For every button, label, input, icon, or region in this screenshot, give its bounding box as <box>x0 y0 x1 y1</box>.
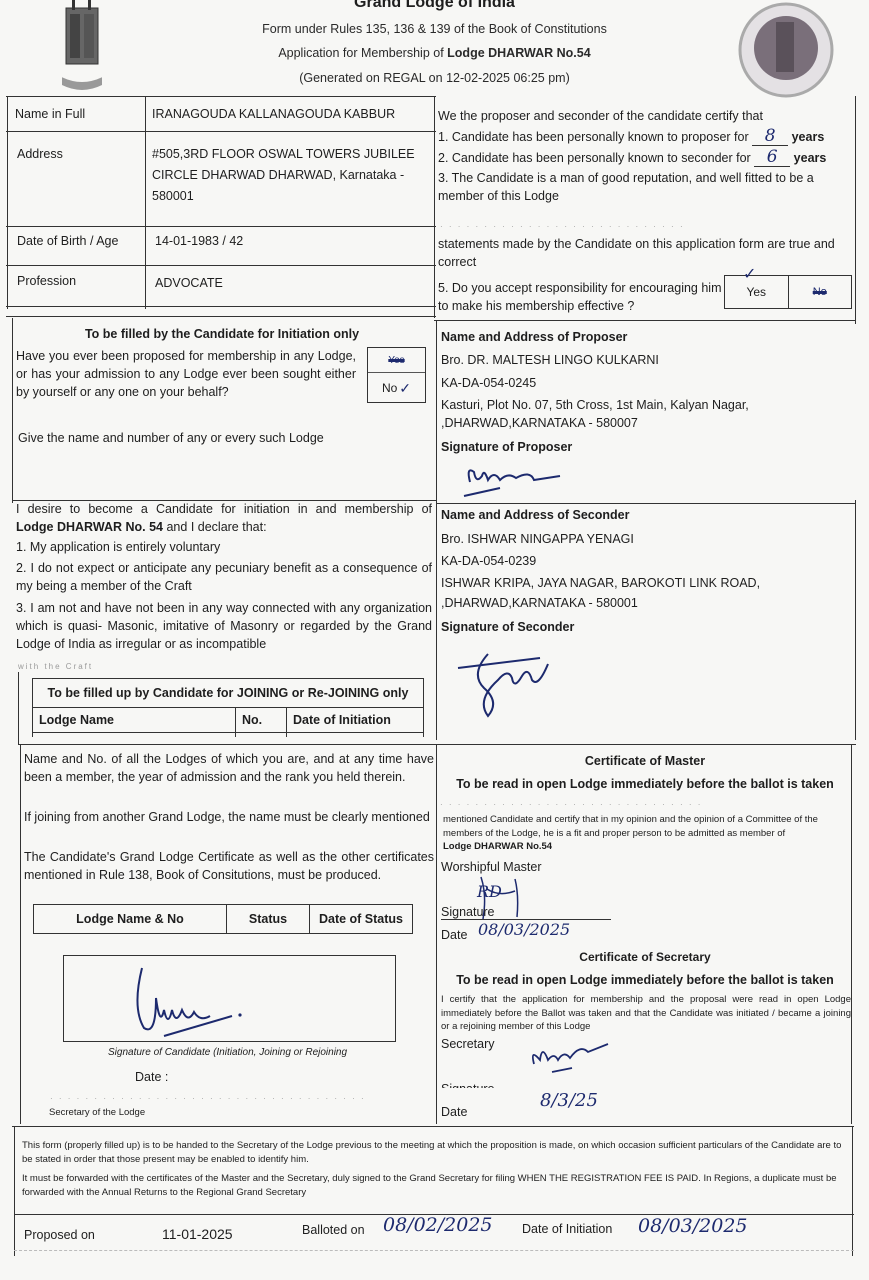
candidate-signature-box[interactable] <box>63 955 396 1042</box>
lodge-prompt: Give the name and number of any or every… <box>18 428 324 449</box>
dob-label: Date of Birth / Age <box>17 231 118 252</box>
column-status: Status <box>227 905 310 934</box>
declaration-3-tail: with the Craft <box>18 662 118 671</box>
balloted-on-label: Balloted on <box>302 1223 365 1237</box>
seconder-address: ISHWAR KRIPA, JAYA NAGAR, BAROKOTI LINK … <box>441 573 761 613</box>
master-body-lodge: Lodge DHARWAR No.54 <box>443 840 847 854</box>
cut-off-text: · · · · · · · · · · · · · · · · · · · · … <box>440 222 850 231</box>
certification-item-1: 1. Candidate has been personally known t… <box>438 127 856 148</box>
proposed-on-value[interactable]: 11-01-2025 <box>162 1226 233 1242</box>
master-certificate-body: mentioned Candidate and certify that in … <box>443 813 847 854</box>
declaration-suffix: and I declare that: <box>166 520 266 534</box>
declaration-line: Lodge DHARWAR No. 54 and I declare that: <box>16 517 432 537</box>
date-of-initiation-label: Date of Initiation <box>522 1222 612 1236</box>
proposer-id: KA-DA-054-0245 <box>441 373 851 394</box>
master-certificate-title: Certificate of Master <box>440 754 850 768</box>
no-option-struck[interactable]: No <box>789 276 852 308</box>
proposer-name: Bro. DR. MALTESH LINGO KULKARNI <box>441 350 851 371</box>
application-lodge: Lodge DHARWAR No.54 <box>447 46 591 60</box>
item2-text: 2. Candidate has been personally known t… <box>438 151 751 165</box>
checkmark-icon: ✓ <box>399 380 411 397</box>
proposer-signature <box>460 462 580 505</box>
lodges-note: Name and No. of all the Lodges of which … <box>24 750 434 786</box>
declaration-3: 3. I am not and have not been in any way… <box>16 599 432 653</box>
seconder-years-value[interactable]: 6 <box>754 149 790 167</box>
initiation-heading: To be filled by the Candidate for Initia… <box>12 324 432 345</box>
column-date-of-status: Date of Status <box>310 905 413 934</box>
certification-block: We the proposer and seconder of the cand… <box>438 106 856 205</box>
cut-off-text: · · · · · · · · · · · · · · · · · · · · … <box>50 1094 410 1103</box>
candidate-signature-caption: Signature of Candidate (Initiation, Join… <box>108 1047 347 1058</box>
master-date-value[interactable]: 08/03/2025 <box>478 920 570 939</box>
master-date-label: Date <box>441 925 467 946</box>
seconder-heading: Name and Address of Seconder <box>441 505 851 519</box>
proposer-block: Name and Address of Proposer Bro. DR. MA… <box>441 327 851 458</box>
item1-text: 1. Candidate has been personally known t… <box>438 130 749 144</box>
secretary-certificate-subtitle: To be read in open Lodge immediately bef… <box>440 973 850 987</box>
secretary-date-label: Date <box>441 1102 467 1123</box>
initiation-choice: Yes No ✓ <box>367 347 426 403</box>
certification-item-3: 3. The Candidate is a man of good reputa… <box>438 169 856 205</box>
lodge-seal-icon <box>736 2 836 98</box>
secretary-certificate-body: I certify that the application for membe… <box>441 993 851 1034</box>
balloted-on-value[interactable]: 08/02/2025 <box>383 1214 493 1236</box>
master-body-text: mentioned Candidate and certify that in … <box>443 814 818 839</box>
name-value: IRANAGOUDA KALLANAGOUDA KABBUR <box>152 104 395 125</box>
seconder-signature <box>448 644 558 723</box>
declaration-1: 1. My application is entirely voluntary <box>16 537 432 557</box>
certificate-note: The Candidate's Grand Lodge Certificate … <box>24 848 434 884</box>
yes-option-struck[interactable]: Yes <box>368 348 425 373</box>
candidate-date-label: Date : <box>135 1070 168 1084</box>
joining-table: To be filled up by Candidate for JOINING… <box>32 678 424 737</box>
dob-value: 14-01-1983 / 42 <box>155 231 243 252</box>
master-certificate-subtitle: To be read in open Lodge immediately bef… <box>440 777 850 791</box>
svg-text:RD: RD <box>476 882 502 901</box>
application-prefix: Application for Membership of <box>278 46 443 60</box>
secretary-signature-label: Signature <box>441 1078 495 1088</box>
master-signature-label: Signature <box>441 905 611 920</box>
certification-intro: We the proposer and seconder of the cand… <box>438 106 856 127</box>
seconder-block: Name and Address of Seconder Bro. ISHWAR… <box>441 505 851 638</box>
secretary-signature <box>528 1038 618 1081</box>
seconder-id: KA-DA-054-0239 <box>441 551 851 572</box>
cut-off-text: · · · · · · · · · · · · · · · · · · · · … <box>440 800 840 809</box>
yes-option[interactable]: Yes ✓ <box>725 276 789 308</box>
declaration-lodge: Lodge DHARWAR No. 54 <box>16 520 163 534</box>
proposed-on-label: Proposed on <box>24 1228 95 1242</box>
proposer-years-value[interactable]: 8 <box>752 128 788 146</box>
footer-note-2: It must be forwarded with the certificat… <box>22 1172 852 1199</box>
initiation-question: Have you ever been proposed for membersh… <box>16 347 356 401</box>
profession-value: ADVOCATE <box>155 273 223 294</box>
responsibility-choice: Yes ✓ No <box>724 275 852 309</box>
no-option[interactable]: No ✓ <box>368 373 425 403</box>
joining-heading: To be filled up by Candidate for JOINING… <box>33 679 424 708</box>
seconder-name: Bro. ISHWAR NINGAPPA YENAGI <box>441 529 851 550</box>
column-date-of-initiation: Date of Initiation <box>287 708 424 733</box>
declaration-intro: I desire to become a Candidate for initi… <box>16 499 432 519</box>
proposer-address: Kasturi, Plot No. 07, 5th Cross, 1st Mai… <box>441 396 751 432</box>
footer-note-1: This form (properly filled up) is to be … <box>22 1139 852 1166</box>
yes-label: Yes <box>746 285 766 299</box>
status-table: Lodge Name & No Status Date of Status <box>33 904 413 934</box>
certification-item-5: 5. Do you accept responsibility for enco… <box>438 279 723 315</box>
certification-item-4: statements made by the Candidate on this… <box>438 235 854 271</box>
years-label: years <box>794 151 827 165</box>
no-label: No <box>382 381 397 395</box>
certification-item-2: 2. Candidate has been personally known t… <box>438 148 856 169</box>
address-value: #505,3RD FLOOR OSWAL TOWERS JUBILEE CIRC… <box>152 144 422 207</box>
joining-row-empty[interactable] <box>236 733 287 738</box>
column-lodge-name: Lodge Name <box>33 708 236 733</box>
profession-label: Profession <box>17 271 76 292</box>
secretary-certificate-title: Certificate of Secretary <box>440 950 850 965</box>
joining-row-empty[interactable] <box>33 733 236 738</box>
secretary-label: Secretary <box>441 1034 495 1055</box>
joining-row-empty[interactable] <box>287 733 424 738</box>
checkmark-icon: ✓ <box>743 264 756 284</box>
seconder-signature-label: Signature of Seconder <box>441 617 851 638</box>
address-label: Address <box>17 144 63 165</box>
declaration-block: I desire to become a Candidate for initi… <box>16 499 432 653</box>
years-label: years <box>792 130 825 144</box>
name-label: Name in Full <box>15 104 85 125</box>
column-no: No. <box>236 708 287 733</box>
proposer-heading: Name and Address of Proposer <box>441 327 851 348</box>
candidate-signature <box>134 958 334 1038</box>
declaration-2: 2. I do not expect or anticipate any pec… <box>16 559 432 595</box>
column-lodge-name-no: Lodge Name & No <box>34 905 227 934</box>
date-of-initiation-value[interactable]: 08/03/2025 <box>638 1215 748 1237</box>
other-grand-lodge-note: If joining from another Grand Lodge, the… <box>24 808 434 826</box>
proposer-signature-label: Signature of Proposer <box>441 437 851 458</box>
secretary-date-value[interactable]: 8/3/25 <box>540 1090 598 1111</box>
secretary-of-lodge-label: Secretary of the Lodge <box>49 1107 145 1118</box>
